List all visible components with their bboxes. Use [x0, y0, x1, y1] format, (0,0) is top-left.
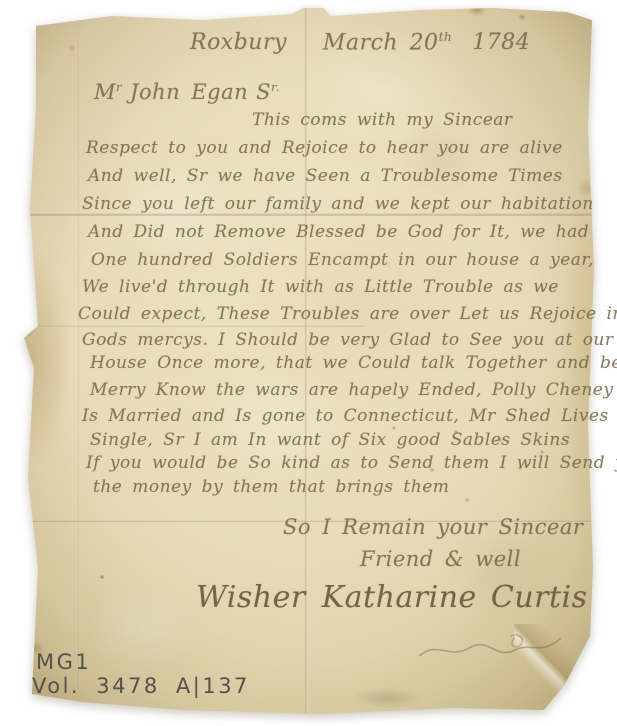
- letter-paper-wrap: [22, 8, 594, 716]
- scan-background: RoxburyMarch 20th1784 MrJohn EganSr. Thi…: [0, 0, 617, 726]
- paper-edge-vignette: [22, 8, 594, 716]
- letter-paper: [22, 8, 594, 716]
